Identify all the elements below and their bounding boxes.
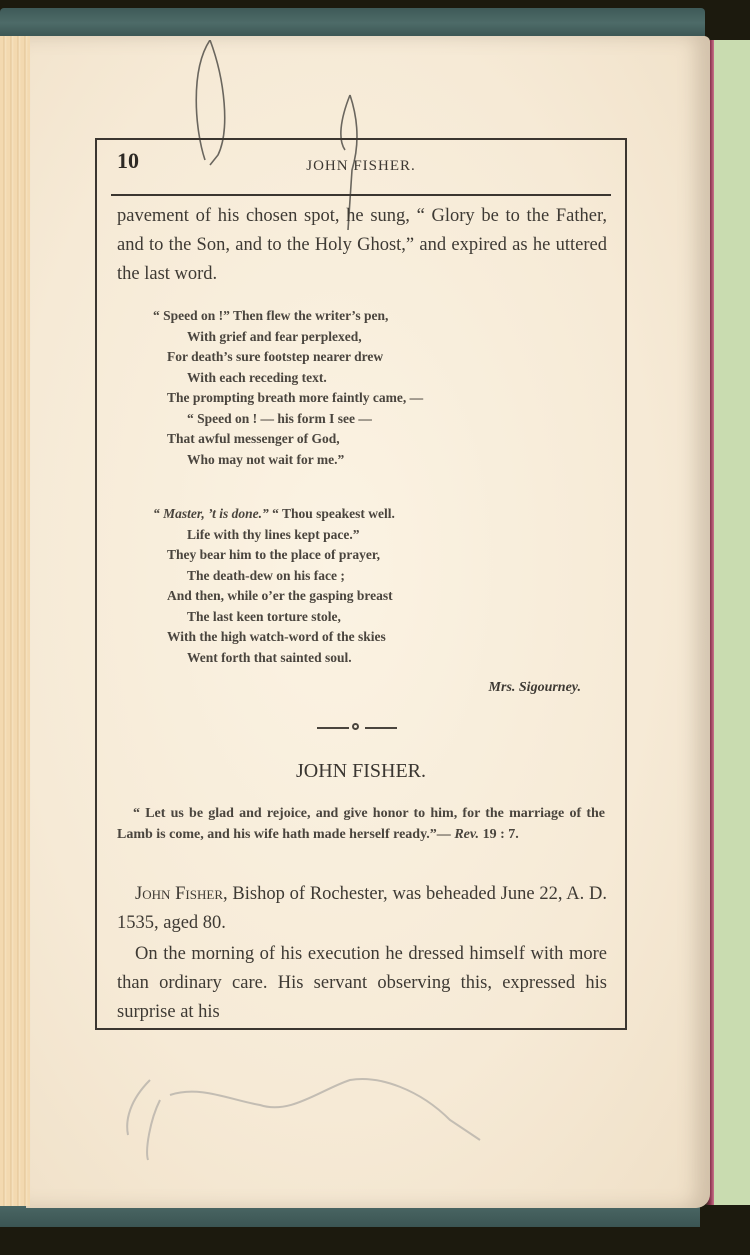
poem-stanza-1: “ Speed on !” Then flew the writer’s pen… xyxy=(167,306,423,470)
epigraph-ref-verse: 19 : 7. xyxy=(479,827,519,842)
epigraph-ref-book: Rev. xyxy=(454,827,479,842)
header-rule xyxy=(111,194,611,196)
scripture-epigraph: “ Let us be glad and rejoice, and give h… xyxy=(117,804,605,845)
poem-line: That awful messenger of God, xyxy=(167,429,423,450)
adjacent-page xyxy=(712,40,750,1205)
poem-dialogue-italic: “ Master, ’t is done.” xyxy=(153,506,269,521)
poem-attribution: Mrs. Sigourney. xyxy=(489,680,581,696)
text-block-frame: 10 JOHN FISHER. pavement of his chosen s… xyxy=(95,138,627,1030)
poem-line: They bear him to the place of prayer, xyxy=(167,545,395,566)
continued-paragraph: pavement of his chosen spot, he sung, “ … xyxy=(117,202,607,289)
section-title: JOHN FISHER. xyxy=(97,760,625,783)
poem-dialogue-rest: “ Thou speakest well. xyxy=(269,506,395,521)
subject-name: John Fisher xyxy=(135,884,223,904)
poem-line: “ Speed on ! — his form I see — xyxy=(167,409,423,430)
poem-line: With grief and fear perplexed, xyxy=(167,327,423,348)
poem-line: With the high watch-word of the skies xyxy=(167,627,395,648)
page-stack-edge xyxy=(0,36,30,1206)
poem-line: Who may not wait for me.” xyxy=(167,450,423,471)
book-cover-top xyxy=(0,8,705,38)
poem-stanza-2: “ Master, ’t is done.” “ Thou speakest w… xyxy=(167,504,395,668)
book-cover-bottom xyxy=(0,1205,700,1227)
poem-line: The prompting breath more faintly came, … xyxy=(167,388,423,409)
poem-line: Went forth that sainted soul. xyxy=(167,648,395,669)
biography-paragraph-1: John Fisher, Bishop of Rochester, was be… xyxy=(117,880,607,938)
poem-line: The death-dew on his face ; xyxy=(167,566,395,587)
running-head: 10 JOHN FISHER. xyxy=(97,140,625,190)
biography-paragraph-2: On the morning of his execution he dress… xyxy=(117,940,607,1027)
poem-line: For death’s sure footstep nearer drew xyxy=(167,347,423,368)
section-divider-ornament xyxy=(317,723,397,733)
poem-line: Life with thy lines kept pace.” xyxy=(167,525,395,546)
poem-line: And then, while o’er the gasping breast xyxy=(167,586,395,607)
poem-line: The last keen torture stole, xyxy=(167,607,395,628)
poem-line: “ Master, ’t is done.” “ Thou speakest w… xyxy=(153,504,395,525)
poem-line: With each receding text. xyxy=(167,368,423,389)
epigraph-text: “ Let us be glad and rejoice, and give h… xyxy=(117,806,605,842)
running-head-title: JOHN FISHER. xyxy=(97,158,625,175)
poem-line: “ Speed on !” Then flew the writer’s pen… xyxy=(153,306,423,327)
